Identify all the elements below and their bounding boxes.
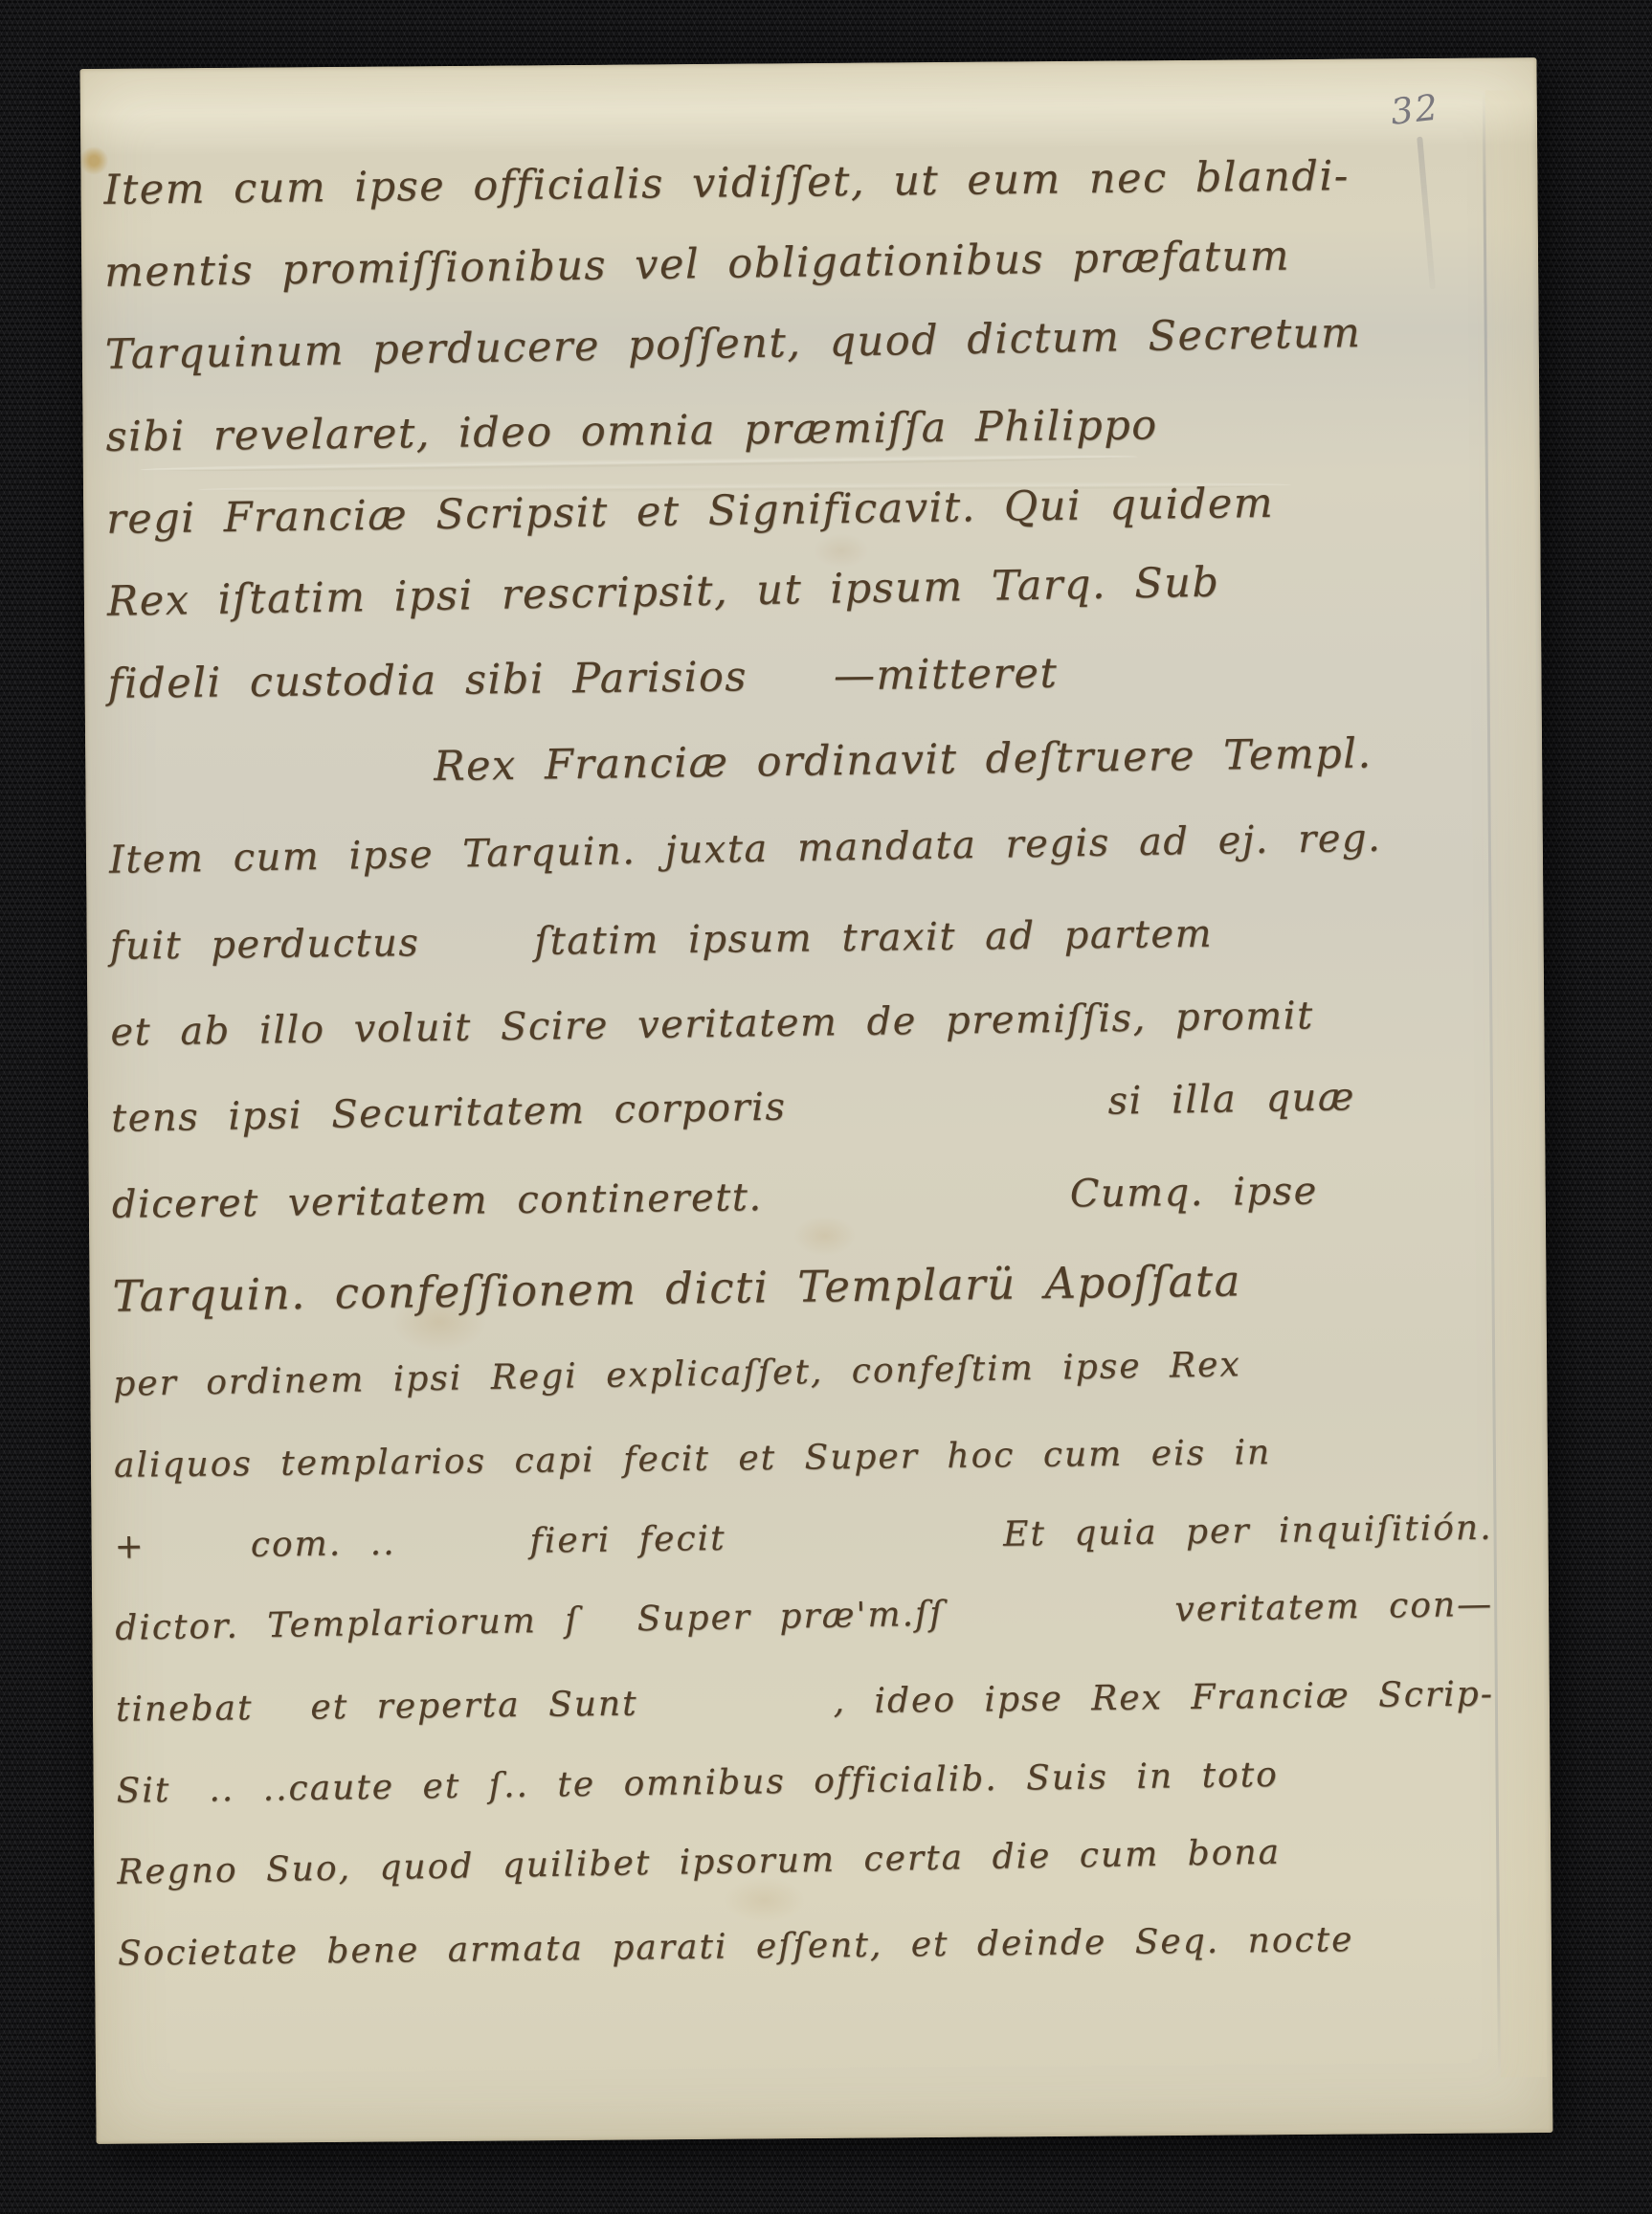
text-segment: Regno Suo, quod quilibet ipsorum certa d… [117,1833,1281,1892]
text-segment: fieri fecit [529,1519,726,1561]
spacer [748,676,834,677]
text-segment: veritatem con— [1174,1585,1493,1630]
text-segment: dictor. Templariorum ſ [115,1600,580,1647]
spacer [170,1790,209,1791]
text-segment: diceret veritatem continerett. [112,1175,763,1227]
text-segment: fideli custodia sibi Parisios [107,653,748,708]
manuscript-page: 32 Item cum ipse officialis vidiſſet, ut… [80,57,1553,2144]
text-segment: Tarquin. confeſſionem dicti Templarü Apo… [112,1255,1241,1321]
text-segment: + [114,1527,145,1566]
text-segment: aliquos templarios capi fecit et Super h… [114,1433,1272,1486]
spacer [945,1610,1175,1614]
text-segment: ſtatim ipsum traxit ad partem [534,912,1213,964]
text-segment: —mitteret [834,650,1059,701]
text-segment: tinebat [116,1688,254,1730]
spacer [419,942,534,943]
text-segment: Item cum ipse Tarquin. juxta mandata reg… [109,816,1382,883]
scan-background: 32 Item cum ipse officialis vidiſſet, ut… [0,0,1652,2214]
text-segment: , ideo ipse Rex Franciæ Scrip- [833,1674,1494,1721]
text-segment: per ordinem ipsi Regi explicaſſet, confe… [113,1345,1241,1404]
text-segment: Tarquinum perducere poſſent, quod dictum… [104,309,1361,379]
text-segment: Item cum ipse officialis vidiſſet, ut eu… [103,152,1350,214]
text-segment: .. ..caute et ſ.. te omnibus officialib.… [209,1756,1279,1810]
text-segment: fuit perductus [109,921,419,969]
manuscript-text: Item cum ipse officialis vidiſſet, ut eu… [80,57,1552,1995]
text-segment: tens ipsi Securitatem corporis [111,1085,787,1140]
spacer [763,1194,1070,1197]
manuscript-line: Societate bene armata parati eſſent, et … [117,1897,1496,1994]
spacer [638,1702,834,1704]
spacer [253,1708,310,1709]
text-segment: mentis promiſſionibus vel obligationibus… [104,233,1290,297]
text-segment: Sit [116,1771,170,1811]
text-segment: Super præ'm.ſſ [636,1595,945,1640]
text-segment: Et quia per inquiſitión. [1003,1509,1493,1554]
spacer [786,1102,1107,1107]
text-segment: com. .. [251,1524,396,1565]
spacer [145,1545,251,1547]
text-segment: Cumq. ipse [1070,1169,1318,1216]
text-segment: et reperta Sunt [310,1685,638,1728]
text-segment: Societate bene armata parati eſſent, et … [118,1920,1354,1974]
text-segment: sibi revelaret, ideo omnia præmiſſa Phil… [105,401,1158,460]
text-segment: Rex iſtatim ipsi rescripsit, ut ipsum Ta… [106,559,1219,626]
spacer [580,1620,637,1621]
text-segment: regi Franciæ Scripsit et Significavit. Q… [106,480,1275,544]
text-segment: si illa quæ [1107,1075,1355,1124]
paper-shadow-wrap: 32 Item cum ipse officialis vidiſſet, ut… [0,0,1652,2214]
text-segment: Rex Franciæ ordinavit deſtruere Templ. [434,729,1373,791]
spacer [396,1541,530,1543]
text-segment: et ab illo voluit Scire veritatem de pre… [110,994,1314,1055]
spacer [726,1534,1004,1538]
